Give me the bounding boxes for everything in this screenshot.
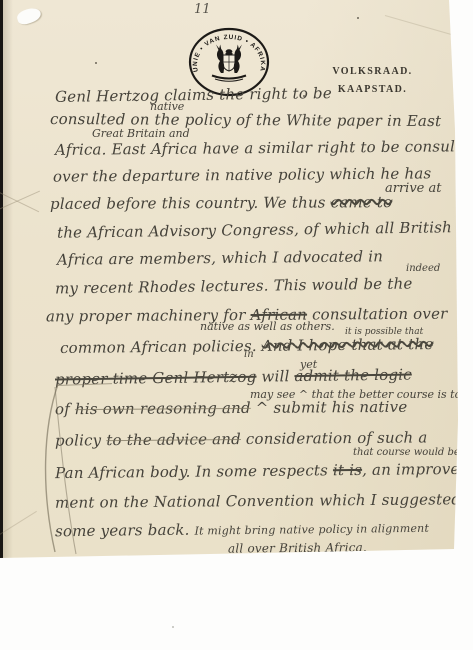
manuscript-segment: It might bring native policy in alignmen… xyxy=(194,522,429,538)
manuscript-line: Genl Hertzog claims the right to be xyxy=(55,84,332,106)
page-number: 11 xyxy=(194,2,211,17)
manuscript-line: Pan African body. In some respects it is… xyxy=(55,460,465,482)
interlinear-insert: yet xyxy=(300,358,317,371)
manuscript-segment: placed before this country. We thus xyxy=(50,193,331,212)
pencil-struck-text: his own reasoning and xyxy=(75,399,251,418)
manuscript-segment: will xyxy=(256,367,294,386)
interlinear-insert: it is possible that xyxy=(345,327,423,337)
paper-tear-notch xyxy=(15,6,42,27)
manuscript-line: ment on the National Convention which I … xyxy=(55,490,461,512)
interlinear-insert: indeed xyxy=(406,263,440,274)
manuscript-segment: the African Advisory Congress, of which … xyxy=(57,218,452,242)
interlinear-insert: in xyxy=(244,349,254,360)
manuscript-segment: ment on the National Convention which I … xyxy=(55,490,461,512)
manuscript-line: the African Advisory Congress, of which … xyxy=(57,218,452,242)
manuscript-line: Africa are members, which I advocated in xyxy=(57,247,383,268)
paper-crease xyxy=(385,15,473,42)
letterhead-kaapstad: KAAPSTAD. xyxy=(325,84,420,95)
manuscript-line: my recent Rhodes lectures. This would be… xyxy=(55,275,413,298)
ink-speck xyxy=(357,17,359,19)
manuscript-line: proper time Genl Hertzog will admit the … xyxy=(55,366,412,389)
ink-speck xyxy=(95,62,97,64)
interlinear-insert: native as well as others. xyxy=(200,320,335,333)
manuscript-line: placed before this country. We thus came… xyxy=(50,193,392,213)
struck-text: And I hope that at the xyxy=(262,335,434,355)
interlinear-insert: native xyxy=(150,100,184,113)
manuscript-line: over the departure in native policy whic… xyxy=(53,164,431,185)
letterhead-volksraad: VOLKSRAAD. xyxy=(325,66,420,77)
struck-text: proper time Genl Hertzog xyxy=(55,368,257,389)
manuscript-segment: common African policies. xyxy=(60,337,262,357)
manuscript-segment: all over British Africa. xyxy=(228,540,367,555)
interlinear-insert: arrive at xyxy=(385,181,441,196)
letter-paper: 11 UNIE • VAN ZUID • AFRIKA VOLKSRAAD. K… xyxy=(0,0,462,560)
pencil-struck-text: to the advice and xyxy=(106,430,241,449)
struck-text: came to xyxy=(331,193,393,211)
scan-speck xyxy=(172,626,174,628)
margin-bracket-pencil-mark xyxy=(36,378,84,558)
manuscript-segment: consideration of such a xyxy=(241,428,428,448)
manuscript-line: some years back. It might bring native p… xyxy=(55,518,429,541)
manuscript-segment: my recent Rhodes lectures. This would be… xyxy=(55,275,413,298)
manuscript-segment: Genl Hertzog claims the right to be xyxy=(55,84,332,106)
interlinear-insert: Great Britain and xyxy=(92,127,190,140)
manuscript-line: all over British Africa. xyxy=(228,540,367,555)
manuscript-segment: Pan African body. In some respects xyxy=(55,461,333,482)
manuscript-segment: over the departure in native policy whic… xyxy=(53,164,431,185)
struck-text: it is xyxy=(333,461,362,479)
manuscript-segment: Africa. East Africa have a similar right… xyxy=(55,137,473,159)
interlinear-insert: may see ^ that the better course is to xyxy=(250,388,461,401)
manuscript-segment: , an improve- xyxy=(362,460,465,479)
manuscript-segment: Africa are members, which I advocated in xyxy=(57,247,383,268)
manuscript-line: Africa. East Africa have a similar right… xyxy=(55,137,473,159)
interlinear-insert: that course would be xyxy=(353,447,460,458)
paper-edge-shading xyxy=(3,0,13,558)
